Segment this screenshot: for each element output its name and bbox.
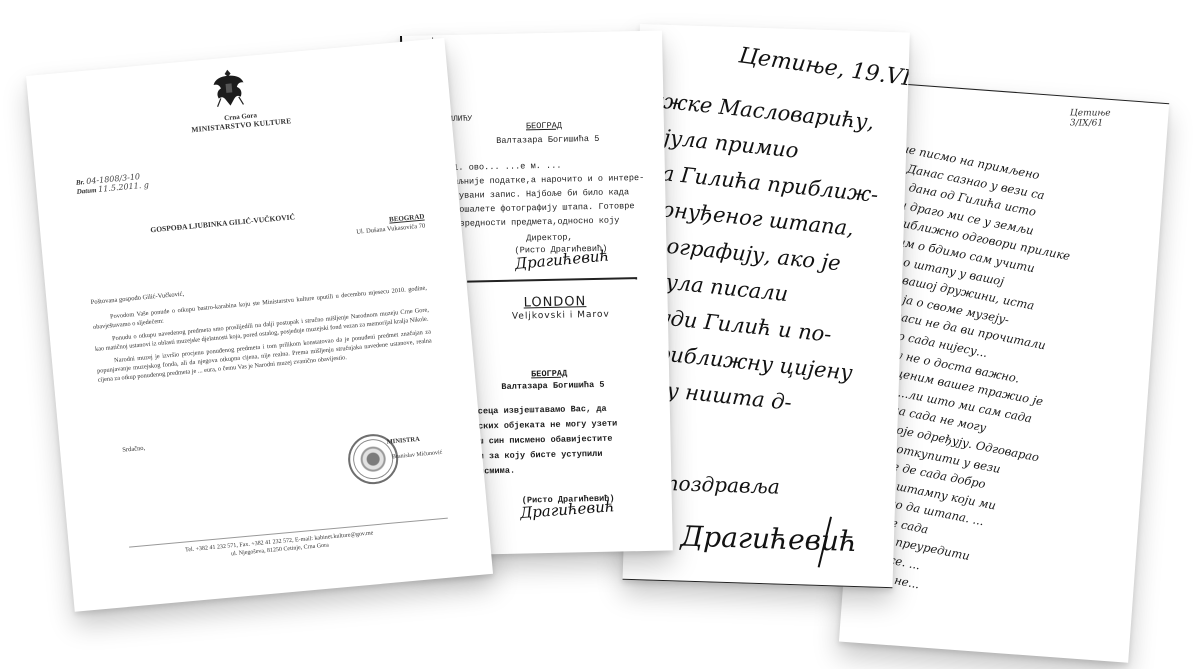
footer-contact: Tel. +382 41 232 571, Fax. +382 41 232 5… <box>70 520 489 564</box>
signature-role: MINISTRA <box>386 436 420 446</box>
coat-of-arms-icon <box>210 66 247 109</box>
document-collage: Цетиње 3/IX/61 Ваше писмо на примљено...… <box>0 0 1200 669</box>
address-2: Валтазара Богишића 5 <box>501 380 604 392</box>
corner-note-date: 3/IX/61 <box>1070 118 1111 128</box>
corner-note: Цетиње 3/IX/61 <box>1070 108 1111 128</box>
letter-closing: Srdačno, <box>122 445 145 454</box>
date-label: Datum <box>76 186 96 196</box>
ministry-letter-page: Crna Gora MINISTARSTVO KULTURE Br. 04-18… <box>26 38 493 612</box>
city-heading-2: БЕОГРАД <box>531 369 567 380</box>
footer-address: ul. Njegoševa, 81250 Cetinje, Crna Gora <box>71 528 490 572</box>
recipient-name: GOSPOĐA LJUBINKA GILIĆ-VUČKOVIĆ <box>150 212 295 234</box>
stamp-city: LONDON <box>523 294 586 310</box>
address: Валтазара Богишића 5 <box>496 134 599 146</box>
divider <box>467 277 637 283</box>
letter-greeting: Poštovana gospođo Gilić-Vučković, <box>90 291 184 306</box>
reference-block: Br. 04-1808/3-10 Datum 11.5.2011. g <box>75 171 149 195</box>
director-label: Директор, <box>526 232 573 243</box>
corner-note-place: Цетиње <box>1070 108 1111 118</box>
signature-name: Branislav Mićunović <box>392 450 443 461</box>
recipient-street: Ul. Dušana Vukasovića 70 <box>356 222 426 235</box>
city-heading: БЕОГРАД <box>526 121 562 132</box>
stamp-subtitle: Veljkovski i Marov <box>512 310 610 322</box>
